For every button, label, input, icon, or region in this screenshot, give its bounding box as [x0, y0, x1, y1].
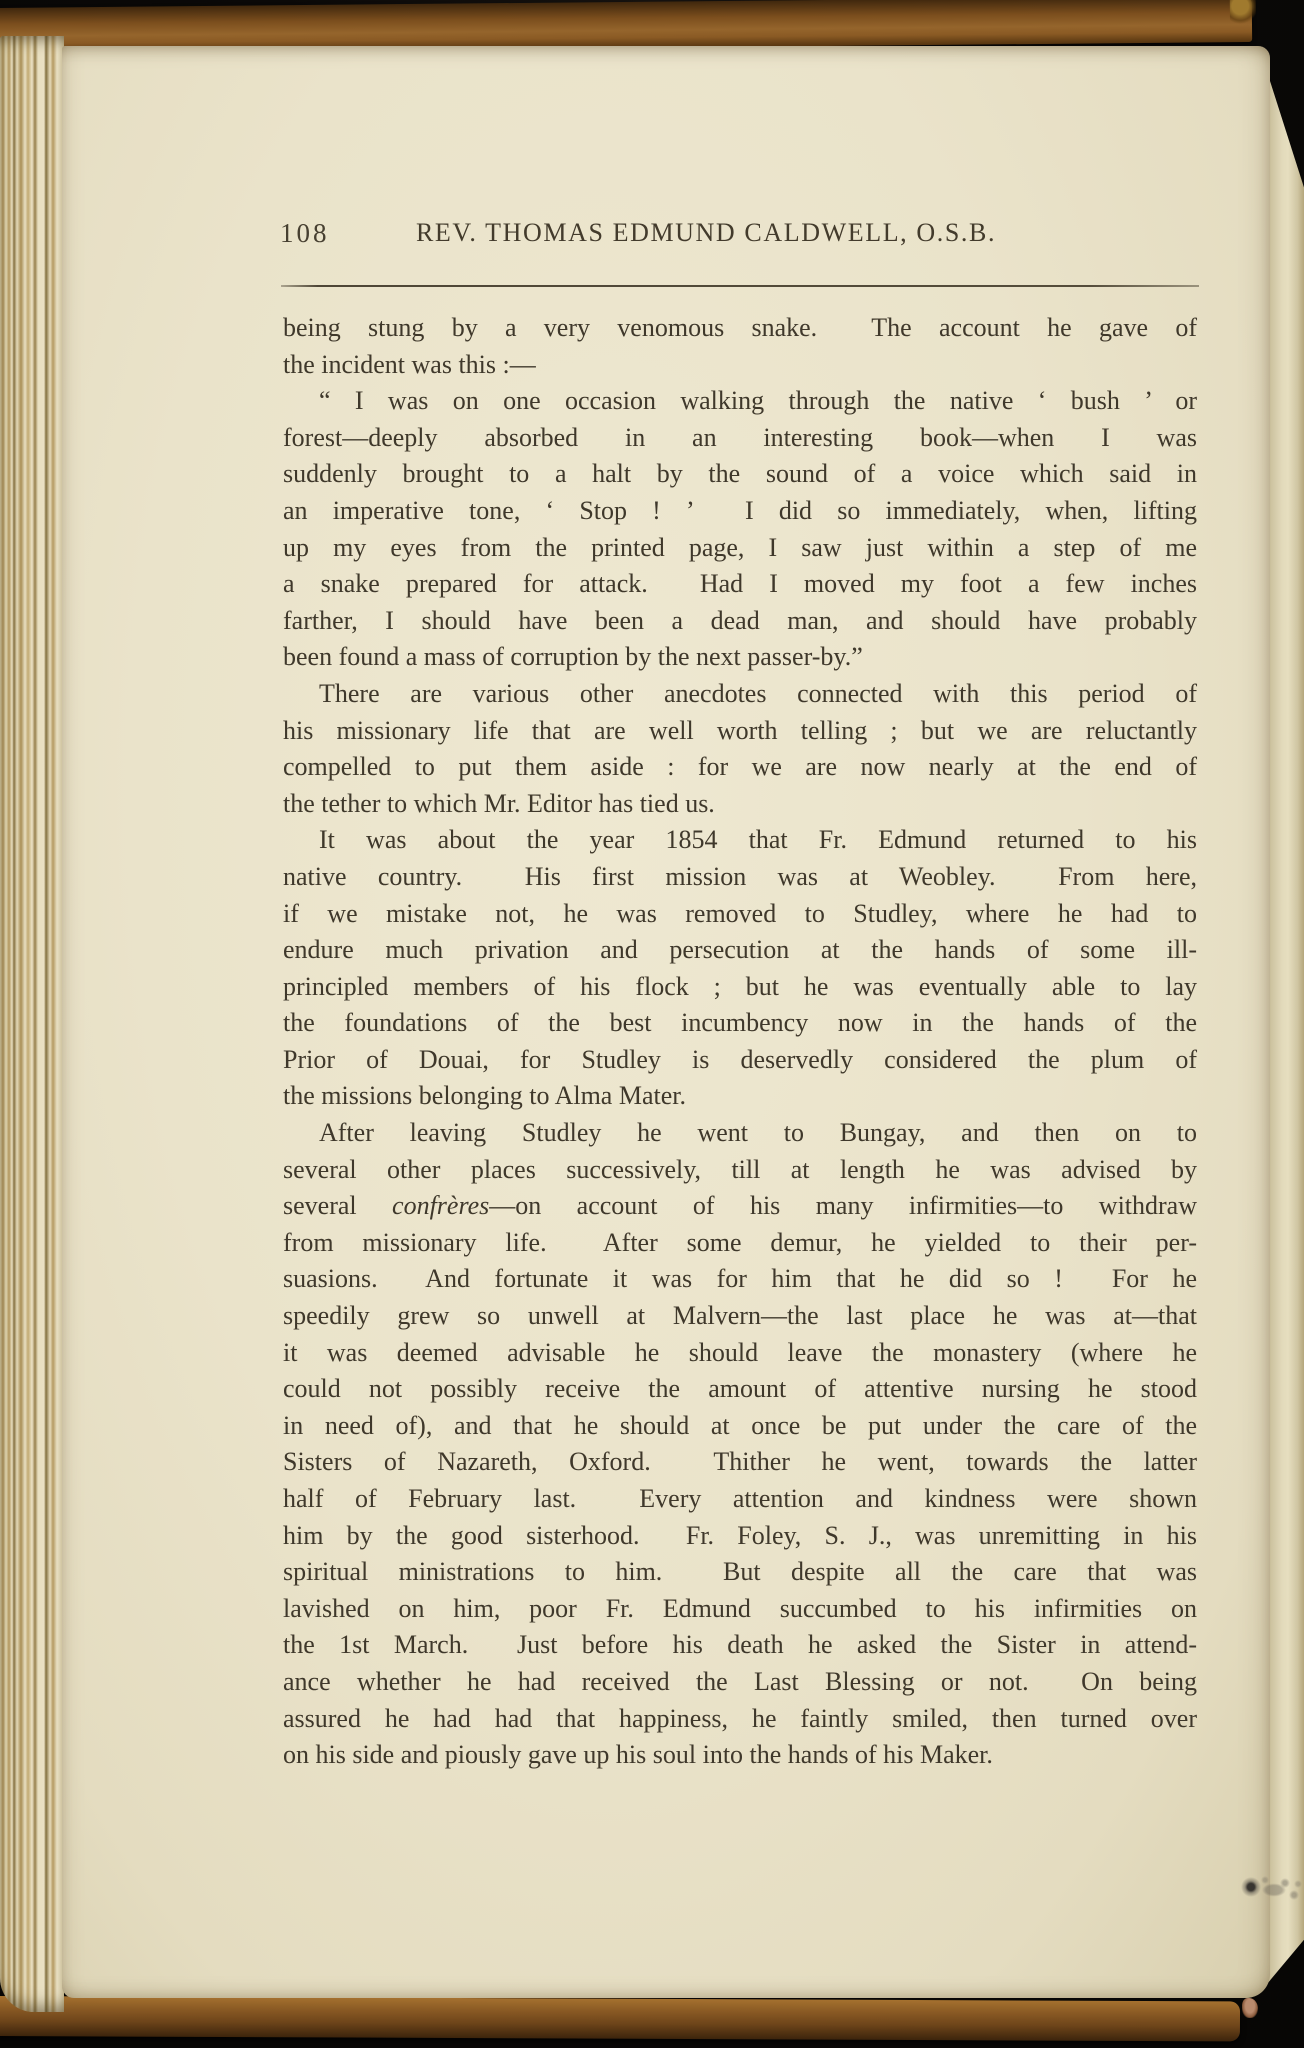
text-line: it was deemed advisable he should leave …	[283, 1335, 1197, 1372]
text-line: the foundations of the best incumbency n…	[283, 1005, 1197, 1042]
text-line: the incident was this :—	[283, 347, 1197, 384]
text-line: the 1st March. Just before his death he …	[283, 1627, 1197, 1664]
text-line: speedily grew so unwell at Malvern—the l…	[283, 1298, 1197, 1335]
text-line: Sisters of Nazareth, Oxford. Thither he …	[283, 1444, 1197, 1481]
ink-smudge	[1238, 1870, 1304, 1910]
text-line: endure much privation and persecution at…	[283, 932, 1197, 969]
text-line: up my eyes from the printed page, I saw …	[283, 530, 1197, 567]
text-line: Prior of Douai, for Studley is deservedl…	[283, 1042, 1197, 1079]
text-line: lavished on him, poor Fr. Edmund succumb…	[283, 1591, 1197, 1628]
text-line: the tether to which Mr. Editor has tied …	[283, 786, 1197, 823]
text-line: compelled to put them aside : for we are…	[283, 749, 1197, 786]
text-line: been found a mass of corruption by the n…	[283, 639, 1197, 676]
text-line: After leaving Studley he went to Bungay,…	[283, 1115, 1197, 1152]
header-rule	[281, 285, 1199, 287]
text-line: could not possibly receive the amount of…	[283, 1371, 1197, 1408]
text-line: if we mistake not, he was removed to Stu…	[283, 896, 1197, 933]
text-line: principled members of his flock ; but he…	[283, 969, 1197, 1006]
running-head: REV. THOMAS EDMUND CALDWELL, O.S.B.	[249, 218, 1163, 248]
text-line: “ I was on one occasion walking through …	[283, 383, 1197, 420]
text-line: It was about the year 1854 that Fr. Edmu…	[283, 822, 1197, 859]
text-line: his missionary life that are well worth …	[283, 713, 1197, 750]
text-line: suddenly brought to a halt by the sound …	[283, 456, 1197, 493]
text-line: several other places successively, till …	[283, 1152, 1197, 1189]
text-line: suasions. And fortunate it was for him t…	[283, 1261, 1197, 1298]
text-line: several confrères—on account of his many…	[283, 1188, 1197, 1225]
text-line: a snake prepared for attack. Had I moved…	[283, 566, 1197, 603]
text-line: in need of), and that he should at once …	[283, 1408, 1197, 1445]
text-line: an imperative tone, ‘ Stop ! ’ I did so …	[283, 493, 1197, 530]
page-edges-stack	[0, 36, 64, 2012]
text-line: farther, I should have been a dead man, …	[283, 603, 1197, 640]
text-line: spiritual ministrations to him. But desp…	[283, 1554, 1197, 1591]
text-line: ance whether he had received the Last Bl…	[283, 1664, 1197, 1701]
text-line: native country. His first mission was at…	[283, 859, 1197, 896]
book-photo: 108 REV. THOMAS EDMUND CALDWELL, O.S.B. …	[0, 0, 1304, 2048]
text-line: forest—deeply absorbed in an interesting…	[283, 420, 1197, 457]
text-line: him by the good sisterhood. Fr. Foley, S…	[283, 1518, 1197, 1555]
book-cover-bottom-edge	[0, 1996, 1240, 2041]
text-line: from missionary life. After some demur, …	[283, 1225, 1197, 1262]
page-text: being stung by a very venomous snake. Th…	[283, 310, 1197, 1774]
text-line: half of February last. Every attention a…	[283, 1481, 1197, 1518]
text-line: being stung by a very venomous snake. Th…	[283, 310, 1197, 347]
text-line: the missions belonging to Alma Mater.	[283, 1078, 1197, 1115]
book-page: 108 REV. THOMAS EDMUND CALDWELL, O.S.B. …	[62, 46, 1270, 1998]
text-line: assured he had had that happiness, he fa…	[283, 1701, 1197, 1738]
text-line: on his side and piously gave up his soul…	[283, 1737, 1197, 1774]
page-edge-tear	[1242, 1998, 1258, 2018]
text-line: There are various other anecdotes connec…	[283, 676, 1197, 713]
